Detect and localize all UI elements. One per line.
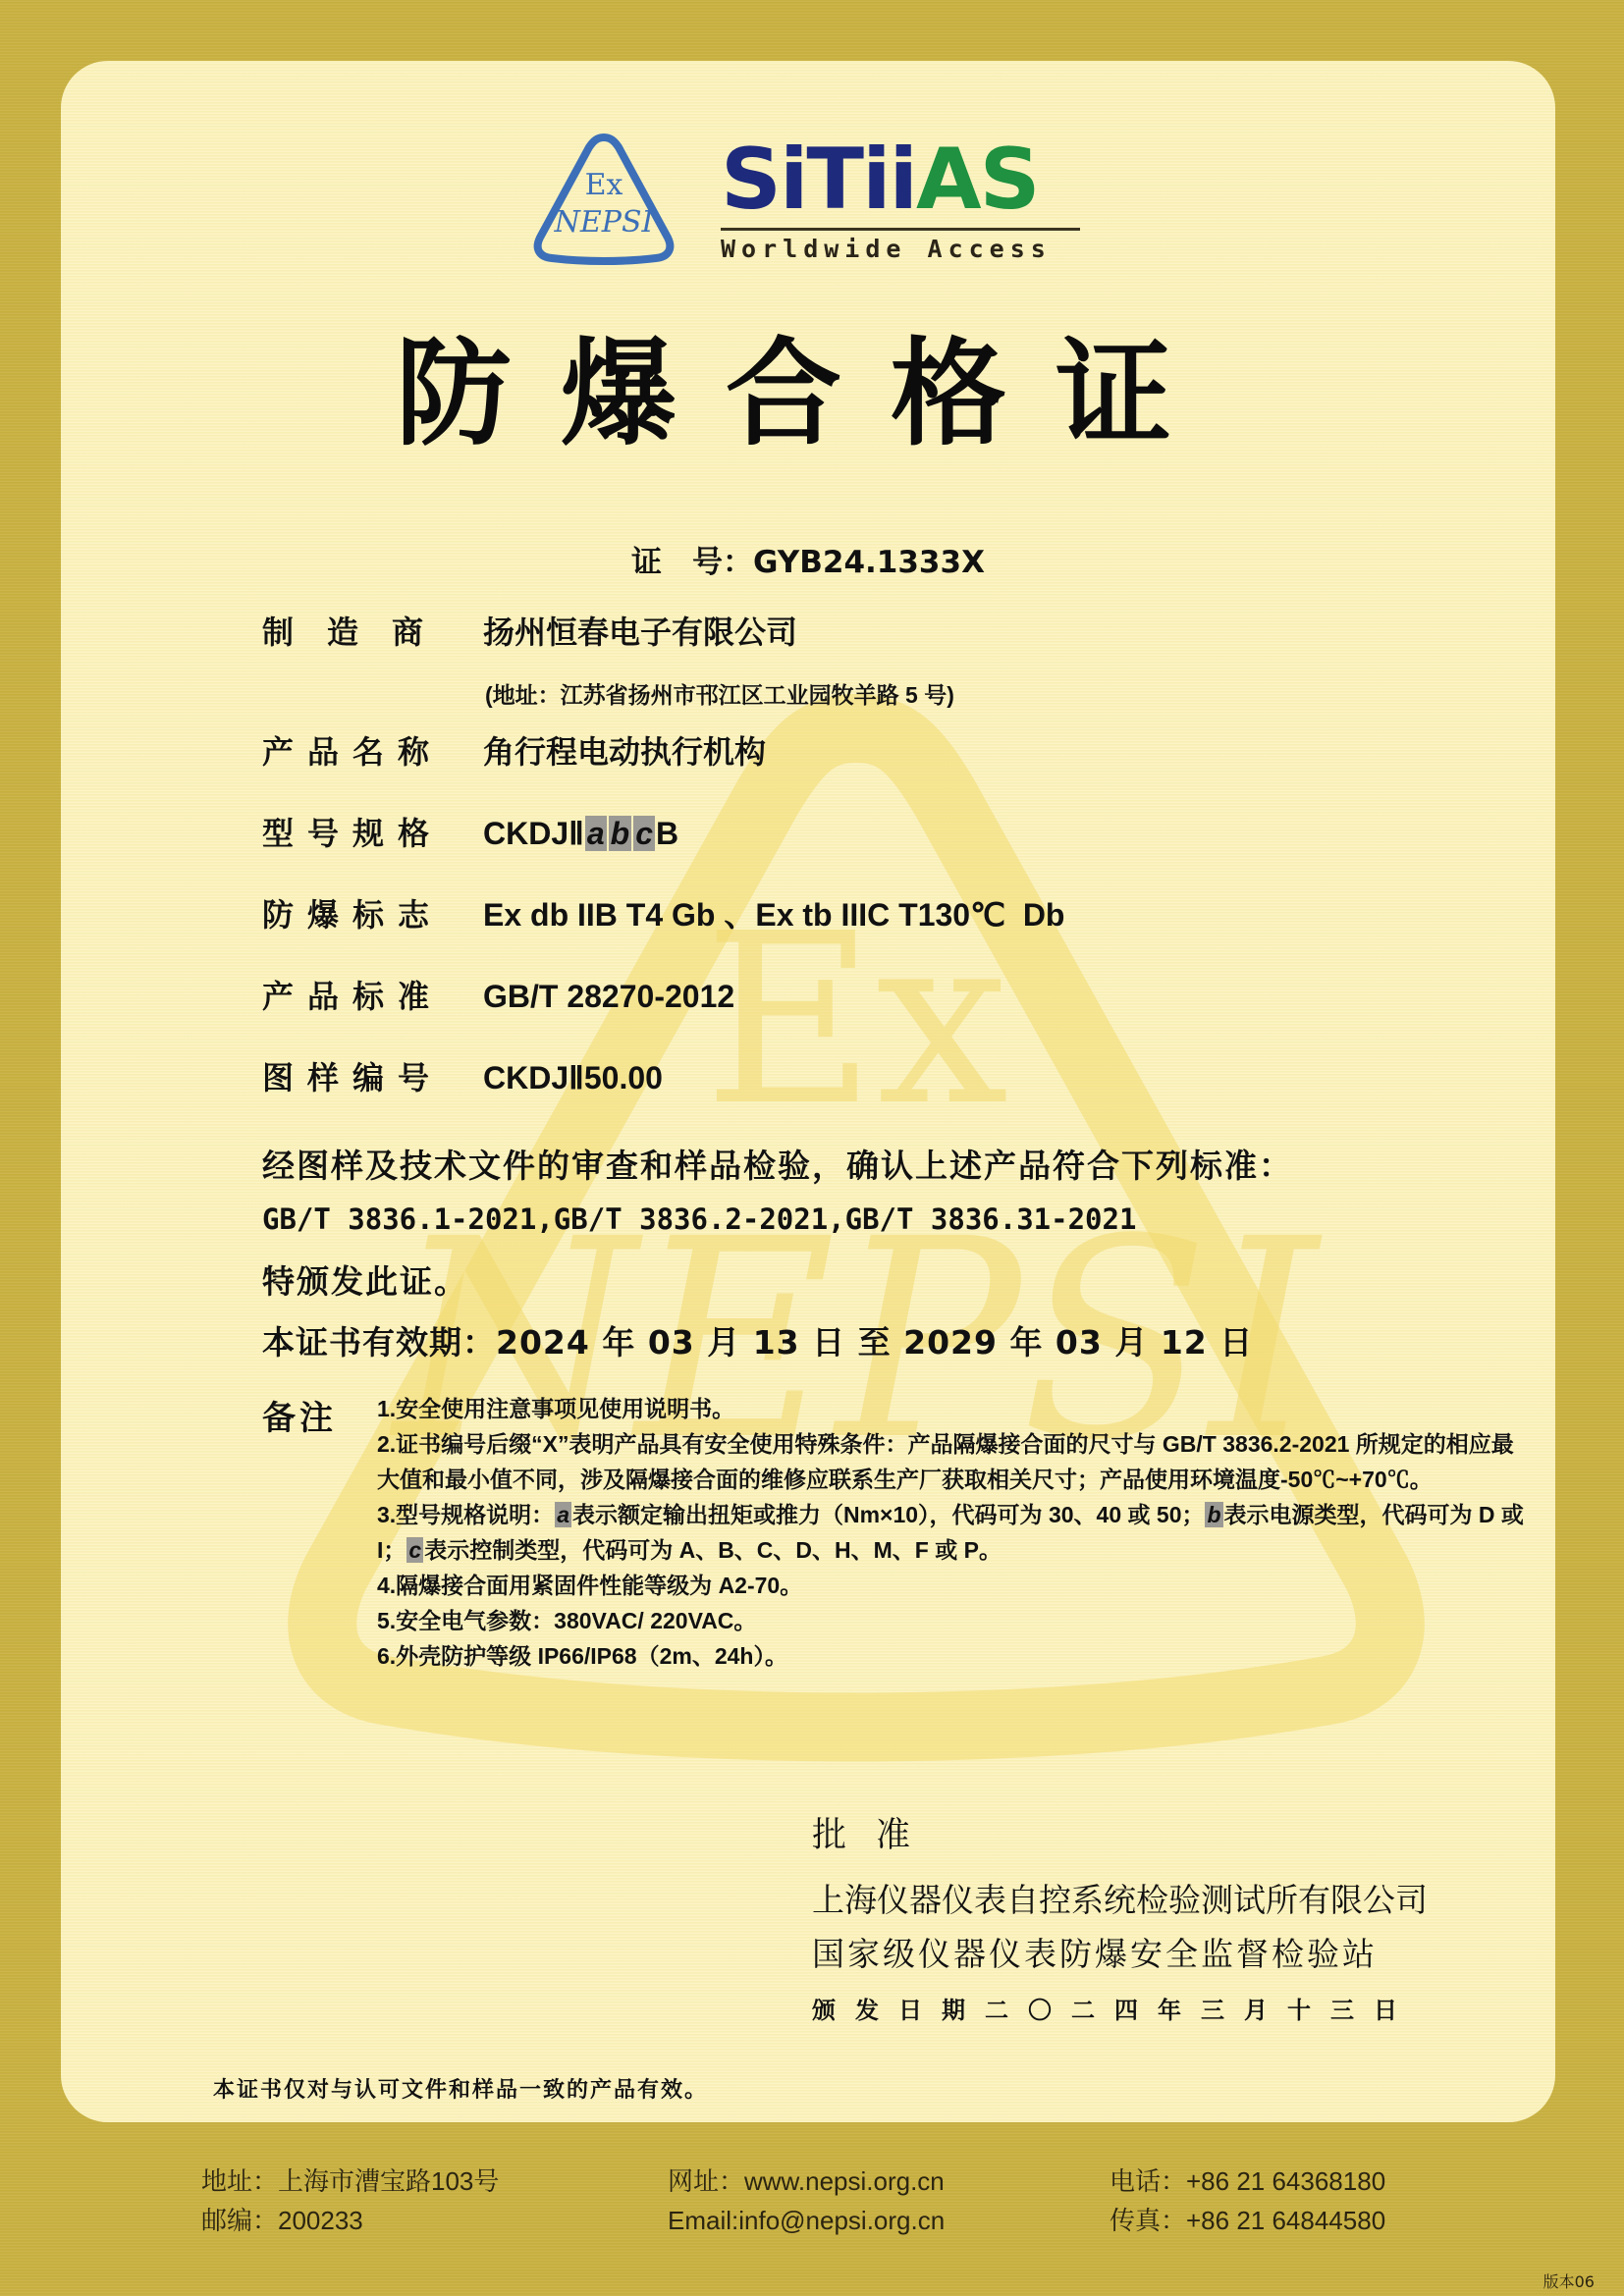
remark-var-c: c xyxy=(406,1537,423,1563)
field-manufacturer: 制造商扬州恒春电子有限公司 xyxy=(262,614,797,651)
footer-address-block: 地址：上海市漕宝路103号 邮编：200233 xyxy=(201,2162,499,2240)
certificate-paper: Ex NEPSI Ex NEPSI SiTiiAS Worldwide Acce… xyxy=(61,61,1555,2122)
remark-item: 4.隔爆接合面用紧固件性能等级为 A2-70。 xyxy=(377,1568,1526,1603)
remark-var-b: b xyxy=(1205,1502,1222,1527)
remark-var-a: a xyxy=(555,1502,571,1527)
field-label: 图样编号 xyxy=(262,1059,483,1096)
footer-phone-block: 电话：+86 21 64368180 传真：+86 21 64844580 xyxy=(1110,2162,1385,2240)
remark-var-a-text: 表示额定输出扭矩或推力（Nm×10），代码可为 30、40 或 50； xyxy=(572,1502,1205,1527)
footer-email-link[interactable]: Email:info@nepsi.org.cn xyxy=(668,2201,945,2240)
remark-item: 2.证书编号后缀“X”表明产品具有安全使用特殊条件：产品隔爆接合面的尺寸与 GB… xyxy=(377,1426,1526,1497)
remark-item: 3.型号规格说明：a表示额定输出扭矩或推力（Nm×10），代码可为 30、40 … xyxy=(377,1497,1526,1568)
field-value: 角行程电动执行机构 xyxy=(483,733,766,771)
field-ex-marking: 防爆标志Ex db IIB T4 Gb 、Ex tb IIIC T130℃ Db xyxy=(262,896,1064,934)
model-variable-b: b xyxy=(609,816,632,851)
field-drawing-no: 图样编号CKDJⅡ50.00 xyxy=(262,1059,663,1096)
model-suffix: B xyxy=(656,816,678,851)
field-label: 制造商 xyxy=(262,614,483,651)
validity-value: 2024 年 03 月 13 日 至 2029 年 03 月 12 日 xyxy=(496,1323,1253,1362)
sitiias-logo: SiTiiAS Worldwide Access xyxy=(721,137,1080,263)
footer-web-block: 网址：www.nepsi.org.cn Email:info@nepsi.org… xyxy=(668,2162,945,2240)
remark-var-c-text: 表示控制类型，代码可为 A、B、C、D、H、M、F 或 P。 xyxy=(424,1537,1001,1563)
applicable-standards: GB/T 3836.1-2021,GB/T 3836.2-2021,GB/T 3… xyxy=(262,1202,1136,1236)
svg-text:Ex: Ex xyxy=(585,168,623,202)
model-variable-a: a xyxy=(585,816,607,851)
remarks-list: 1.安全使用注意事项见使用说明书。 2.证书编号后缀“X”表明产品具有安全使用特… xyxy=(377,1391,1526,1674)
manufacturer-address: (地址：江苏省扬州市邗江区工业园牧羊路 5 号) xyxy=(485,677,954,710)
field-value: 扬州恒春电子有限公司 xyxy=(483,614,797,651)
conformity-statement: 经图样及技术文件的审查和样品检验，确认上述产品符合下列标准： xyxy=(262,1141,1293,1187)
certificate-title: 防爆合格证 xyxy=(61,336,1555,452)
field-model: 型号规格CKDJⅡabcB xyxy=(262,815,678,852)
field-value: CKDJⅡabcB xyxy=(483,815,678,852)
field-label: 产品标准 xyxy=(262,978,483,1015)
field-value: GB/T 28270-2012 xyxy=(483,978,734,1015)
document-version: 版本06 xyxy=(1543,2269,1595,2292)
validity-label: 本证书有效期： xyxy=(262,1323,496,1362)
remarks-label: 备注 xyxy=(262,1391,337,1439)
remark-item: 6.外壳防护等级 IP66/IP68（2m、24h）。 xyxy=(377,1638,1526,1674)
field-value: CKDJⅡ50.00 xyxy=(483,1059,663,1096)
model-variable-c: c xyxy=(633,816,655,851)
sitiias-logo-green-text: AS xyxy=(916,131,1039,229)
nepsi-logo-icon: Ex NEPSI xyxy=(530,130,677,267)
certificate-number: 证 号：GYB24.1333X xyxy=(61,537,1555,581)
issuing-organization: 上海仪器仪表自控系统检验测试所有限公司 xyxy=(812,1875,1428,1921)
field-label: 型号规格 xyxy=(262,815,483,852)
field-product-standard: 产品标准GB/T 28270-2012 xyxy=(262,978,734,1015)
remark-item: 1.安全使用注意事项见使用说明书。 xyxy=(377,1391,1526,1426)
certificate-number-label: 证 号： xyxy=(631,545,753,580)
remark-item-3-prefix: 3.型号规格说明： xyxy=(377,1502,554,1527)
field-label: 产品名称 xyxy=(262,733,483,771)
sitiias-logo-blue-text: SiTii xyxy=(721,131,916,229)
footer-postcode: 邮编：200233 xyxy=(201,2201,499,2240)
footer-fax: 传真：+86 21 64844580 xyxy=(1110,2201,1385,2240)
certificate-number-value: GYB24.1333X xyxy=(753,545,985,580)
validity-period: 本证书有效期：2024 年 03 月 13 日 至 2029 年 03 月 12… xyxy=(262,1317,1253,1363)
approval-label: 批准 xyxy=(812,1808,940,1857)
field-product-name: 产品名称角行程电动执行机构 xyxy=(262,733,766,771)
svg-text:NEPSI: NEPSI xyxy=(554,205,655,240)
model-prefix: CKDJⅡ xyxy=(483,816,584,851)
field-label: 防爆标志 xyxy=(262,896,483,934)
issue-date: 颁发日期二〇二四年三月十三日 xyxy=(812,1991,1417,2025)
sitiias-tagline: Worldwide Access xyxy=(721,235,1080,263)
footer-phone: 电话：+86 21 64368180 xyxy=(1110,2162,1385,2201)
field-value: Ex db IIB T4 Gb 、Ex tb IIIC T130℃ Db xyxy=(483,896,1064,934)
issuance-statement: 特颁发此证。 xyxy=(262,1256,468,1303)
validity-disclaimer: 本证书仅对与认可文件和样品一致的产品有效。 xyxy=(213,2073,708,2104)
footer-address: 地址：上海市漕宝路103号 xyxy=(201,2162,499,2201)
remark-item: 5.安全电气参数：380VAC/ 220VAC。 xyxy=(377,1603,1526,1638)
issuing-station: 国家级仪器仪表防爆安全监督检验站 xyxy=(812,1929,1378,1975)
footer-website-link[interactable]: 网址：www.nepsi.org.cn xyxy=(668,2162,945,2201)
